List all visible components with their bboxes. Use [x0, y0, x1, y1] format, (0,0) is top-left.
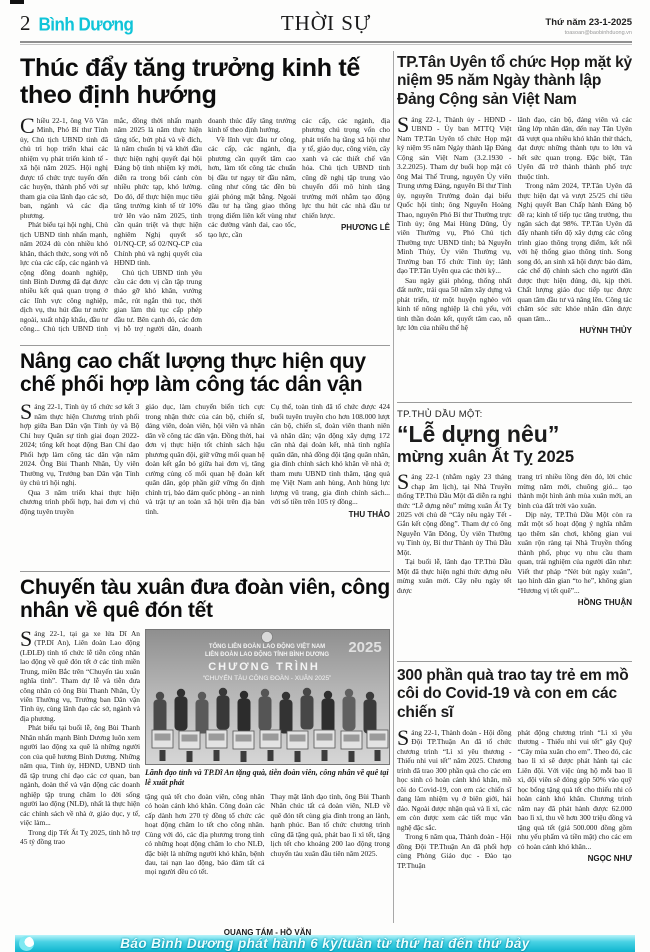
column: phát động chương trình “Lì xì yêu thương… — [518, 728, 633, 904]
column: Sáng 22-1, Thành đoàn - Hội đồng Đội TP.… — [397, 728, 512, 904]
paragraph: trang trí nhiều lồng đèn đỏ, lời chúc mừ… — [518, 472, 633, 510]
photo-banner-org1: TỔNG LIÊN ĐOÀN LAO ĐỘNG VIỆT NAM — [209, 642, 325, 650]
news-photo: TỔNG LIÊN ĐOÀN LAO ĐỘNG VIỆT NAM LIÊN ĐO… — [145, 629, 390, 765]
contact-email: toasoan@baobinhduong.vn — [545, 30, 632, 36]
paragraph-text: áng 22-1, Thành ủy - HĐND - UBND - Ủy ba… — [397, 115, 512, 276]
article-train-photo-area: TỔNG LIÊN ĐOÀN LAO ĐỘNG VIỆT NAM LIÊN ĐO… — [145, 629, 390, 945]
paragraph-text: áng 22-1 (nhằm ngày 23 tháng chạp âm lịc… — [397, 472, 512, 557]
article-train-body: Sáng 22-1, tại ga xe lửa Dĩ An (TP.Dĩ An… — [20, 629, 390, 945]
paragraph: Về lĩnh vực đầu tư công, các cấp, các ng… — [208, 135, 296, 239]
paragraph: Cụ thể, toàn tỉnh đã tổ chức được 424 bu… — [271, 402, 390, 506]
photo-caption: Lãnh đạo tỉnh và TP.Dĩ An tặng quà, tiễn… — [145, 768, 390, 788]
article-neu-subtitle: mừng xuân Ất Tỵ 2025 — [397, 448, 632, 466]
dropcap: C — [20, 116, 37, 134]
paragraph: phát động chương trình “Lì xì yêu thương… — [518, 728, 633, 851]
right-section: TP.Tân Uyên tổ chức Họp mặt kỷ niệm 95 n… — [397, 49, 632, 937]
vertical-column-rule — [393, 51, 394, 923]
column: mắc, đồng thời nhấn mạnh năm 2025 là năm… — [114, 116, 202, 336]
header-rule-thick — [20, 41, 632, 43]
column: Sáng 22-1, tại ga xe lửa Dĩ An (TP.Dĩ An… — [20, 629, 140, 945]
page-body: Thúc đẩy tăng trưởng kinh tế theo định h… — [20, 49, 632, 937]
paragraph: Qua 3 năm triển khai thực hiện chương tr… — [20, 488, 139, 516]
paragraph: Trong dịp Tết Ất Tỵ 2025, tỉnh hỗ trợ 45… — [20, 828, 140, 847]
article-divider — [20, 345, 390, 346]
column: Cụ thể, toàn tỉnh đã tổ chức được 424 bu… — [271, 402, 390, 562]
paragraph: Trong năm 2024, TP.Tân Uyên đã thực hiện… — [518, 181, 633, 323]
column: tặng quà tết cho đoàn viên, công nhân có… — [145, 792, 265, 926]
column: Sáng 22-1, Thành ủy - HĐND - UBND - Ủy b… — [397, 115, 512, 393]
column: các cấp, các ngành, địa phương chú trọng… — [302, 116, 390, 336]
article-growth-title: Thúc đẩy tăng trưởng kinh tế theo định h… — [20, 55, 390, 109]
article-lixi-body: Sáng 22-1, Thành đoàn - Hội đồng Đội TP.… — [397, 728, 632, 904]
byline: HUỲNH THỦY — [518, 326, 633, 335]
photo-banner-org2: LIÊN ĐOÀN LAO ĐỘNG TỈNH BÌNH DƯƠNG — [205, 650, 329, 658]
footer-banner: Báo Bình Dương phát hành 6 kỳ/tuần từ th… — [15, 935, 635, 952]
paragraph: Thay mặt lãnh đạo tỉnh, ông Bùi Thanh Nh… — [271, 792, 391, 858]
article-tanuyen-title: TP.Tân Uyên tổ chức Họp mặt kỷ niệm 95 n… — [397, 54, 632, 109]
column: Sáng 22-1 (nhằm ngày 23 tháng chạp âm lị… — [397, 472, 512, 652]
news-photo-illustration: TỔNG LIÊN ĐOÀN LAO ĐỘNG VIỆT NAM LIÊN ĐO… — [146, 630, 389, 764]
paragraph: Sáng 22-1, Thành đoàn - Hội đồng Đội TP.… — [397, 728, 512, 832]
article-lixi-title: 300 phần quà trao tay trẻ em mồ côi do C… — [397, 667, 632, 722]
column: trang trí nhiều lồng đèn đỏ, lời chúc mừ… — [518, 472, 633, 652]
newspaper-page: 2 Bình Dương THỜI SỰ Thứ năm 23-1-2025 t… — [0, 0, 650, 952]
crescent-deco-icon — [19, 936, 34, 951]
article-tanuyen: TP.Tân Uyên tổ chức Họp mặt kỷ niệm 95 n… — [397, 54, 632, 393]
article-tanuyen-body: Sáng 22-1, Thành ủy - HĐND - UBND - Ủy b… — [397, 115, 632, 393]
column: giáo dục, làm chuyển biến tích cực trong… — [145, 402, 264, 562]
paragraph: giáo dục, làm chuyển biến tích cực trong… — [145, 402, 264, 516]
paragraph: các cấp, các ngành, địa phương chú trọng… — [302, 116, 390, 220]
paragraph: Chiều 22-1, ông Võ Văn Minh, Phó Bí thư … — [20, 116, 108, 220]
article-danvan: Nâng cao chất lượng thực hiện quy chế ph… — [20, 351, 390, 562]
paragraph: Sáng 22-1 (nhằm ngày 23 tháng chạp âm lị… — [397, 472, 512, 557]
left-section: Thúc đẩy tăng trưởng kinh tế theo định h… — [20, 49, 390, 937]
paragraph: mắc, đồng thời nhấn mạnh năm 2025 là năm… — [114, 116, 202, 268]
paragraph: tặng quà tết cho đoàn viên, công nhân có… — [145, 792, 265, 877]
column: lãnh đạo, cán bộ, đảng viên và các tầng … — [518, 115, 633, 393]
paragraph: Trong 6 năm qua, Thành đoàn - Hội đồng Đ… — [397, 832, 512, 870]
article-growth-body: Chiều 22-1, ông Võ Văn Minh, Phó Bí thư … — [20, 116, 390, 336]
article-neu-title: “Lễ dựng nêu” — [397, 422, 632, 446]
article-divider — [397, 402, 632, 403]
paragraph: Sáng 22-1, Tỉnh ủy tổ chức sơ kết 3 năm … — [20, 402, 139, 487]
article-danvan-title: Nâng cao chất lượng thực hiện quy chế ph… — [20, 351, 390, 396]
dropcap: S — [397, 115, 411, 133]
paragraph: Sáng 22-1, Thành ủy - HĐND - UBND - Ủy b… — [397, 115, 512, 276]
paragraph-text: áng 22-1, Tỉnh ủy tổ chức sơ kết 3 năm t… — [20, 402, 139, 487]
print-registration-mark — [10, 0, 24, 4]
byline: THU THẢO — [271, 510, 390, 519]
paragraph-text: áng 22-1, tại ga xe lửa Dĩ An (TP.Dĩ An)… — [20, 629, 140, 723]
paragraph-text: áng 22-1, Thành đoàn - Hội đồng Đội TP.T… — [397, 728, 512, 832]
article-divider — [20, 571, 390, 572]
article-growth: Thúc đẩy tăng trưởng kinh tế theo định h… — [20, 55, 390, 336]
paragraph: Sáng 22-1, tại ga xe lửa Dĩ An (TP.Dĩ An… — [20, 629, 140, 724]
section-title: THỜI SỰ — [20, 11, 632, 36]
byline: NGỌC NHƯ — [518, 854, 633, 863]
article-lixi: 300 phần quà trao tay trẻ em mồ côi do C… — [397, 667, 632, 904]
header-rule-thin — [20, 44, 632, 45]
column: doanh thúc đẩy tăng trưởng kinh tế theo … — [208, 116, 296, 336]
article-train-subcolumns: tặng quà tết cho đoàn viên, công nhân có… — [145, 792, 390, 926]
paragraph: Dịp này, TP.Thủ Dầu Một còn ra mắt một s… — [518, 510, 633, 595]
article-train-title: Chuyến tàu xuân đưa đoàn viên, công nhân… — [20, 577, 390, 622]
dropcap: S — [20, 629, 34, 647]
paragraph: lãnh đạo, cán bộ, đảng viên và các tầng … — [518, 115, 633, 181]
union-emblem-icon — [262, 631, 273, 642]
header-right: Thứ năm 23-1-2025 toasoan@baobinhduong.v… — [545, 17, 632, 36]
byline: HỒNG THUẬN — [518, 598, 633, 607]
photo-year-label: 2025 — [348, 639, 381, 656]
article-neu-kicker: TP.THỦ DẦU MỘT: — [397, 409, 632, 420]
article-neu-body: Sáng 22-1 (nhằm ngày 23 tháng chạp âm lị… — [397, 472, 632, 652]
dropcap: S — [397, 728, 411, 746]
paragraph: doanh thúc đẩy tăng trưởng kinh tế theo … — [208, 116, 296, 135]
footer-banner-text: Báo Bình Dương phát hành 6 kỳ/tuần từ th… — [120, 936, 529, 951]
article-train: Chuyến tàu xuân đưa đoàn viên, công nhân… — [20, 577, 390, 944]
dropcap: S — [397, 472, 411, 490]
column: Chiều 22-1, ông Võ Văn Minh, Phó Bí thư … — [20, 116, 108, 336]
article-divider — [397, 661, 632, 662]
paragraph: Phát biểu tại buổi lễ, ông Bùi Thanh Nhâ… — [20, 723, 140, 827]
paragraph: Sau ngày giải phóng, thống nhất đất nước… — [397, 276, 512, 333]
photo-banner-program: CHƯƠNG TRÌNH — [208, 660, 320, 673]
issue-date: Thứ năm 23-1-2025 — [545, 17, 632, 28]
paragraph: Chủ tịch UBND tỉnh yêu cầu các đơn vị cầ… — [114, 268, 202, 337]
paragraph: Tại buổi lễ, lãnh đạo TP.Thủ Dầu Một đã … — [397, 557, 512, 595]
dropcap: S — [20, 402, 34, 420]
byline: PHƯƠNG LÊ — [302, 223, 390, 232]
article-danvan-body: Sáng 22-1, Tỉnh ủy tổ chức sơ kết 3 năm … — [20, 402, 390, 562]
paragraph: Phát biểu tại hội nghị, Chủ tịch UBND tỉ… — [20, 220, 108, 336]
column: Thay mặt lãnh đạo tỉnh, ông Bùi Thanh Nh… — [271, 792, 391, 926]
column: Sáng 22-1, Tỉnh ủy tổ chức sơ kết 3 năm … — [20, 402, 139, 562]
photo-gift-boxes — [152, 730, 388, 762]
article-neu: TP.THỦ DẦU MỘT: “Lễ dựng nêu” mừng xuân … — [397, 409, 632, 652]
page-header: 2 Bình Dương THỜI SỰ Thứ năm 23-1-2025 t… — [20, 8, 632, 38]
